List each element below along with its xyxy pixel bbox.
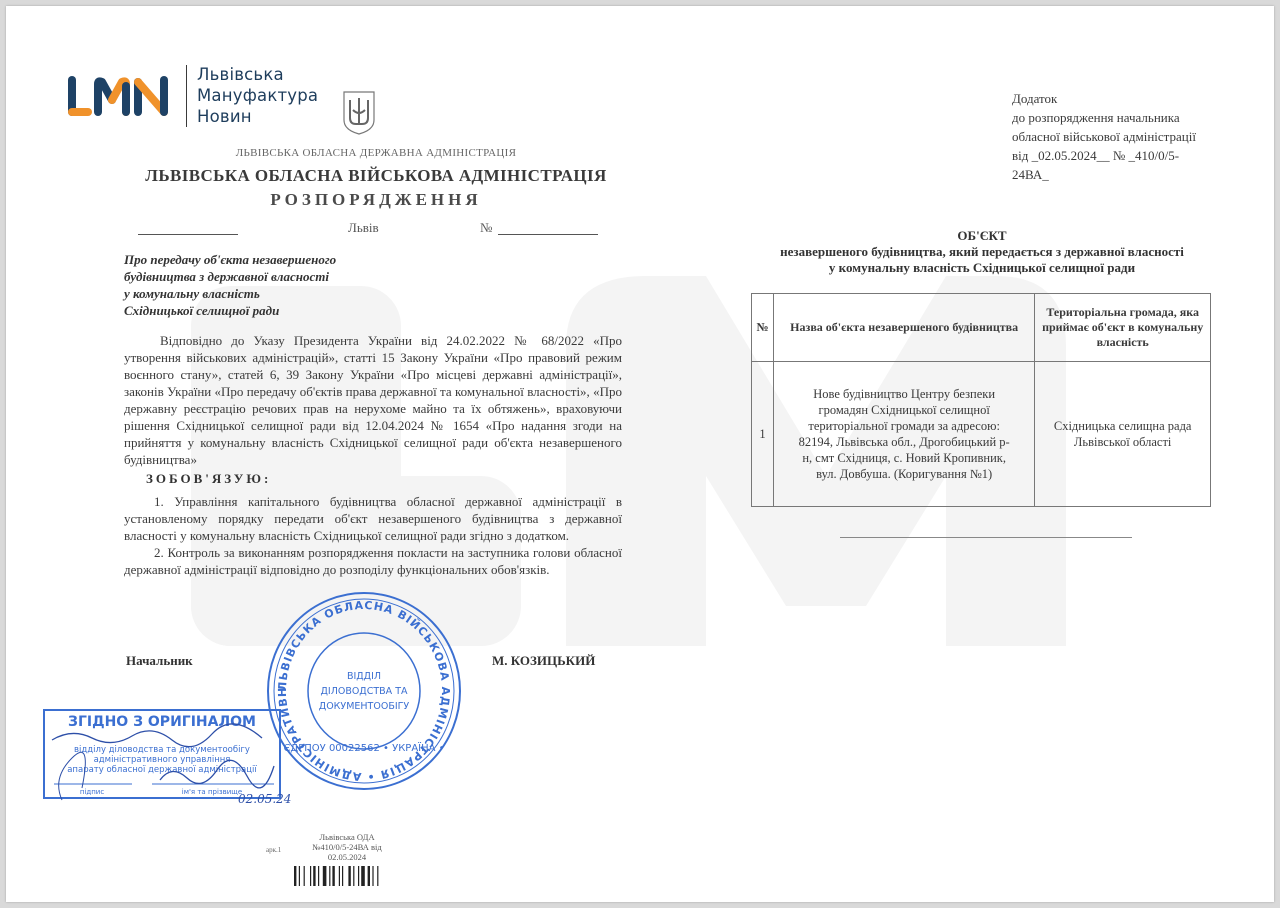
end-of-document-line [840,537,1132,538]
registration-block: Львівська ОДА №410/0/5-24ВА від 02.05.20… [252,832,442,862]
table-row: 1 Нове будівництво Центру безпеки громад… [752,362,1211,507]
document-subject: Про передачу об'єкта незавершеного будів… [124,251,336,319]
handwritten-date: 02.05.24 [238,792,291,806]
lmn-logo: Львівська Мануфактура Новин [66,64,318,127]
logo-separator [186,65,187,127]
administration-main-heading: ЛЬВІВСЬКА ОБЛАСНА ВІЙСЬКОВА АДМІНІСТРАЦІ… [6,166,746,186]
number-sign: № [480,220,492,236]
lmn-logo-mark-icon [66,74,174,118]
appendix-header: Додаток до розпорядження начальника обла… [1012,89,1196,184]
column-header-object-name: Назва об'єкта незавершеного будівництва [773,294,1034,362]
preamble-paragraph: Відповідно до Указу Президента України в… [124,332,622,468]
barcode-icon [294,866,412,886]
svg-text:ДОКУМЕНТООБІГУ: ДОКУМЕНТООБІГУ [319,701,410,712]
svg-text:підпис: підпис [80,788,104,796]
administration-small-heading: ЛЬВІВСЬКА ОБЛАСНА ДЕРЖАВНА АДМІНІСТРАЦІЯ [6,147,746,159]
object-title: ОБ'ЄКТ незавершеного будівництва, який п… [752,228,1212,276]
svg-text:відділу діловодства та докумен: відділу діловодства та документообігу [74,745,250,755]
order-item-2: 2. Контроль за виконанням розпорядження … [124,544,622,578]
certified-copy-stamp: ЗГІДНО З ОРИГІНАЛОМ відділу діловодства … [42,708,282,804]
cell-number: 1 [752,362,774,507]
signer-name: М. КОЗИЦЬКИЙ [492,653,595,669]
cell-community: Східницька селищна рада Львівської облас… [1035,362,1211,507]
column-header-number: № [752,294,774,362]
svg-text:апарату обласної державної адм: апарату обласної державної адміністрації [67,765,257,775]
seal-bottom-text: ЄДРПОУ 00022562 • УКРАЇНА • [283,741,444,754]
cell-object-name: Нове будівництво Центру безпеки громадян… [773,362,1034,507]
number-blank-line [498,234,598,235]
document-type-heading: РОЗПОРЯДЖЕННЯ [6,190,746,210]
date-blank-line [138,234,238,235]
official-seal-stamp: ЛЬВІВСЬКА ОБЛАСНА ВІЙСЬКОВА АДМІНІСТРАЦІ… [264,591,464,791]
svg-text:адміністративного управління: адміністративного управління [94,755,231,765]
object-table: № Назва об'єкта незавершеного будівництв… [751,293,1211,507]
svg-text:ім'я та прізвище: ім'я та прізвище [182,788,242,796]
oblige-heading: ЗОБОВ'ЯЗУЮ: [146,471,271,487]
svg-text:ВІДДІЛ: ВІДДІЛ [347,671,381,682]
logo-wordmark: Львівська Мануфактура Новин [197,64,318,127]
svg-text:ЗГІДНО З ОРИГІНАЛОМ: ЗГІДНО З ОРИГІНАЛОМ [68,714,256,730]
document-page: Львівська Мануфактура Новин ЛЬВІВСЬКА ОБ… [6,6,1274,902]
column-header-community: Територіальна громада, яка приймає об'єк… [1035,294,1211,362]
svg-text:ДІЛОВОДСТВА ТА: ДІЛОВОДСТВА ТА [320,686,408,697]
order-item-1: 1. Управління капітального будівництва о… [124,493,622,544]
trident-icon [342,90,376,136]
table-header-row: № Назва об'єкта незавершеного будівництв… [752,294,1211,362]
signer-role: Начальник [126,653,193,669]
city-label: Львів [348,220,379,236]
